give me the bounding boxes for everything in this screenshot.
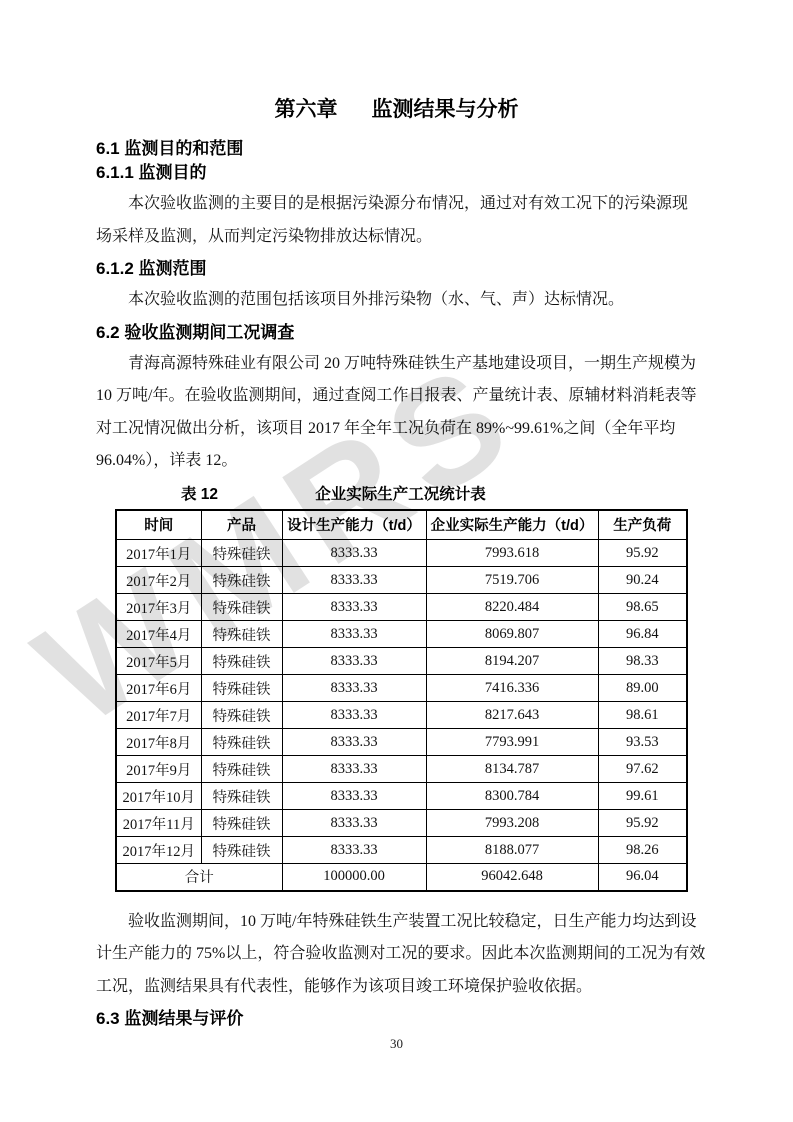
table-cell-actual-capacity: 8134.787 [426, 756, 598, 783]
table-cell-time: 2017年1月 [116, 540, 201, 567]
table-caption-title: 企业实际生产工况统计表 [315, 484, 486, 506]
paragraph-line: 96.04%），详表 12。 [96, 445, 697, 478]
table-cell-production-load: 98.65 [598, 594, 687, 621]
total-actual-capacity-cell: 96042.648 [426, 864, 598, 891]
production-statistics-table: 时间 产品 设计生产能力（t/d） 企业实际生产能力（t/d） 生产负荷 201… [115, 509, 688, 892]
table-cell-design-capacity: 8333.33 [282, 540, 426, 567]
column-header-actual-capacity: 企业实际生产能力（t/d） [426, 510, 598, 540]
column-header-production-load: 生产负荷 [598, 510, 687, 540]
table-cell-time: 2017年10月 [116, 783, 201, 810]
total-design-capacity-cell: 100000.00 [282, 864, 426, 891]
chapter-title: 第六章监测结果与分析 [96, 97, 697, 123]
table-cell-production-load: 97.62 [598, 756, 687, 783]
production-table-footer: 合计 100000.00 96042.648 96.04 [116, 864, 687, 891]
table-cell-production-load: 99.61 [598, 783, 687, 810]
table-cell-time: 2017年2月 [116, 567, 201, 594]
table-row: 2017年3月特殊硅铁8333.338220.48498.65 [116, 594, 687, 621]
table-cell-production-load: 89.00 [598, 675, 687, 702]
paragraph-line: 验收监测期间，10 万吨/年特殊硅铁生产装置工况比较稳定，日生产能力均达到设 [96, 906, 697, 939]
table-row: 2017年5月特殊硅铁8333.338194.20798.33 [116, 648, 687, 675]
table-row: 2017年4月特殊硅铁8333.338069.80796.84 [116, 621, 687, 648]
total-production-load-cell: 96.04 [598, 864, 687, 891]
table-cell-production-load: 95.92 [598, 810, 687, 837]
table-cell-product: 特殊硅铁 [201, 621, 282, 648]
table-row: 2017年11月特殊硅铁8333.337993.20895.92 [116, 810, 687, 837]
table-cell-product: 特殊硅铁 [201, 648, 282, 675]
paragraph-line: 工况，监测结果具有代表性，能够作为该项目竣工环境保护验收依据。 [96, 971, 697, 1004]
chapter-number: 第六章 [275, 98, 338, 121]
page-number: 30 [0, 1036, 793, 1052]
table-cell-actual-capacity: 7793.991 [426, 729, 598, 756]
chapter-name: 监测结果与分析 [372, 98, 519, 121]
table-cell-time: 2017年4月 [116, 621, 201, 648]
paragraph-conclusion: 验收监测期间，10 万吨/年特殊硅铁生产装置工况比较稳定，日生产能力均达到设 计… [96, 906, 697, 1004]
table-cell-time: 2017年9月 [116, 756, 201, 783]
table-total-row: 合计 100000.00 96042.648 96.04 [116, 864, 687, 891]
table-row: 2017年8月特殊硅铁8333.337793.99193.53 [116, 729, 687, 756]
total-label-cell: 合计 [116, 864, 282, 891]
table-cell-actual-capacity: 8194.207 [426, 648, 598, 675]
paragraph-line: 计生产能力的 75%以上，符合验收监测对工况的要求。因此本次监测期间的工况为有效 [96, 938, 697, 971]
table-cell-time: 2017年6月 [116, 675, 201, 702]
table-cell-production-load: 93.53 [598, 729, 687, 756]
table-cell-time: 2017年5月 [116, 648, 201, 675]
table-cell-actual-capacity: 8217.643 [426, 702, 598, 729]
page-content: 第六章监测结果与分析 6.1 监测目的和范围 6.1.1 监测目的 本次验收监测… [96, 97, 697, 1031]
table-cell-production-load: 95.92 [598, 540, 687, 567]
table-cell-actual-capacity: 7993.618 [426, 540, 598, 567]
table-cell-design-capacity: 8333.33 [282, 810, 426, 837]
table-cell-design-capacity: 8333.33 [282, 783, 426, 810]
table-row: 2017年7月特殊硅铁8333.338217.64398.61 [116, 702, 687, 729]
table-cell-production-load: 98.61 [598, 702, 687, 729]
table-cell-design-capacity: 8333.33 [282, 756, 426, 783]
table-cell-design-capacity: 8333.33 [282, 567, 426, 594]
table-cell-product: 特殊硅铁 [201, 567, 282, 594]
paragraph-line: 对工况情况做出分析，该项目 2017 年全年工况负荷在 89%~99.61%之间… [96, 413, 697, 446]
paragraph-monitoring-purpose: 本次验收监测的主要目的是根据污染源分布情况，通过对有效工况下的污染源现 场采样及… [96, 188, 697, 253]
table-cell-actual-capacity: 8300.784 [426, 783, 598, 810]
table-cell-time: 2017年8月 [116, 729, 201, 756]
table-row: 2017年12月特殊硅铁8333.338188.07798.26 [116, 837, 687, 864]
paragraph-line: 本次验收监测的主要目的是根据污染源分布情况，通过对有效工况下的污染源现 [96, 188, 697, 221]
paragraph-line: 青海高源特殊硅业有限公司 20 万吨特殊硅铁生产基地建设项目，一期生产规模为 [96, 348, 697, 381]
table-cell-actual-capacity: 8069.807 [426, 621, 598, 648]
table-cell-actual-capacity: 8188.077 [426, 837, 598, 864]
table-cell-product: 特殊硅铁 [201, 702, 282, 729]
table-caption: 表 12 企业实际生产工况统计表 [115, 484, 686, 506]
table-cell-design-capacity: 8333.33 [282, 729, 426, 756]
paragraph-operating-conditions: 青海高源特殊硅业有限公司 20 万吨特殊硅铁生产基地建设项目，一期生产规模为 1… [96, 348, 697, 478]
table-cell-time: 2017年3月 [116, 594, 201, 621]
table-cell-product: 特殊硅铁 [201, 729, 282, 756]
table-cell-design-capacity: 8333.33 [282, 837, 426, 864]
table-cell-time: 2017年12月 [116, 837, 201, 864]
heading-6-2: 6.2 验收监测期间工况调查 [96, 321, 697, 345]
table-cell-design-capacity: 8333.33 [282, 648, 426, 675]
paragraph-line: 场采样及监测，从而判定污染物排放达标情况。 [96, 221, 697, 254]
heading-6-3: 6.3 监测结果与评价 [96, 1007, 697, 1031]
column-header-design-capacity: 设计生产能力（t/d） [282, 510, 426, 540]
production-table-body: 2017年1月特殊硅铁8333.337993.61895.922017年2月特殊… [116, 540, 687, 864]
table-cell-design-capacity: 8333.33 [282, 702, 426, 729]
heading-6-1: 6.1 监测目的和范围 [96, 137, 697, 161]
table-cell-design-capacity: 8333.33 [282, 621, 426, 648]
table-cell-actual-capacity: 8220.484 [426, 594, 598, 621]
table-cell-production-load: 98.26 [598, 837, 687, 864]
table-caption-label: 表 12 [181, 484, 218, 506]
table-cell-time: 2017年7月 [116, 702, 201, 729]
table-cell-product: 特殊硅铁 [201, 837, 282, 864]
column-header-product: 产品 [201, 510, 282, 540]
table-row: 2017年1月特殊硅铁8333.337993.61895.92 [116, 540, 687, 567]
table-cell-production-load: 96.84 [598, 621, 687, 648]
heading-6-1-2: 6.1.2 监测范围 [96, 257, 697, 281]
table-row: 2017年9月特殊硅铁8333.338134.78797.62 [116, 756, 687, 783]
table-cell-product: 特殊硅铁 [201, 756, 282, 783]
table-cell-actual-capacity: 7993.208 [426, 810, 598, 837]
table-header-row: 时间 产品 设计生产能力（t/d） 企业实际生产能力（t/d） 生产负荷 [116, 510, 687, 540]
table-row: 2017年10月特殊硅铁8333.338300.78499.61 [116, 783, 687, 810]
table-cell-production-load: 98.33 [598, 648, 687, 675]
table-cell-design-capacity: 8333.33 [282, 675, 426, 702]
table-row: 2017年6月特殊硅铁8333.337416.33689.00 [116, 675, 687, 702]
table-cell-product: 特殊硅铁 [201, 810, 282, 837]
table-cell-product: 特殊硅铁 [201, 783, 282, 810]
table-cell-actual-capacity: 7519.706 [426, 567, 598, 594]
table-cell-time: 2017年11月 [116, 810, 201, 837]
table-cell-product: 特殊硅铁 [201, 540, 282, 567]
table-cell-product: 特殊硅铁 [201, 675, 282, 702]
table-cell-design-capacity: 8333.33 [282, 594, 426, 621]
paragraph-monitoring-scope: 本次验收监测的范围包括该项目外排污染物（水、气、声）达标情况。 [96, 284, 697, 317]
document-page: WMRS 第六章监测结果与分析 6.1 监测目的和范围 6.1.1 监测目的 本… [0, 0, 793, 1122]
column-header-time: 时间 [116, 510, 201, 540]
table-cell-production-load: 90.24 [598, 567, 687, 594]
table-row: 2017年2月特殊硅铁8333.337519.70690.24 [116, 567, 687, 594]
heading-6-1-1: 6.1.1 监测目的 [96, 161, 697, 185]
table-cell-actual-capacity: 7416.336 [426, 675, 598, 702]
paragraph-line: 本次验收监测的范围包括该项目外排污染物（水、气、声）达标情况。 [96, 284, 697, 317]
paragraph-line: 10 万吨/年。在验收监测期间，通过查阅工作日报表、产量统计表、原辅材料消耗表等 [96, 380, 697, 413]
table-cell-product: 特殊硅铁 [201, 594, 282, 621]
